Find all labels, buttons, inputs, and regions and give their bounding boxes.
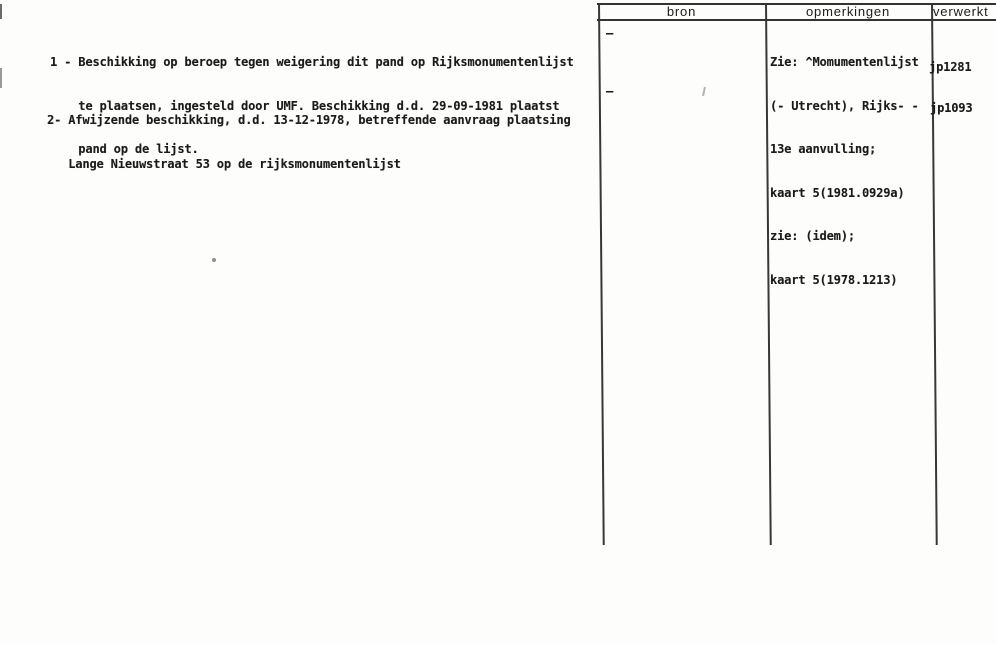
table-border-verwerkt-left bbox=[931, 3, 938, 545]
opmerkingen-line-3: 13e aanvulling; bbox=[770, 142, 919, 157]
entry-1-verwerkt-code: jp1281 bbox=[929, 60, 971, 75]
opmerkingen-line-4: kaart 5(1981.0929a) bbox=[770, 186, 919, 201]
opmerkingen-line-1: Zie: ^Momumentenlijst bbox=[770, 55, 919, 70]
entry-1-line-1: 1 - Beschikking op beroep tegen weigerin… bbox=[50, 55, 574, 70]
entry-2-verwerkt-code: jp1093 bbox=[930, 101, 972, 116]
table-border-bron-left bbox=[598, 3, 605, 545]
entry-2-line-1: 2- Afwijzende beschikking, d.d. 13-12-19… bbox=[47, 113, 571, 128]
entry-2-text: 2- Afwijzende beschikking, d.d. 13-12-19… bbox=[47, 84, 571, 200]
entry-1-bron-value: – bbox=[606, 26, 613, 41]
entry-2-line-2: Lange Nieuwstraat 53 op de rijksmonument… bbox=[47, 157, 571, 172]
entry-2-bron-value: – bbox=[606, 84, 613, 99]
column-header-bron: bron bbox=[598, 5, 765, 19]
scan-edge-mark bbox=[0, 68, 2, 88]
opmerkingen-line-5: zie: (idem); bbox=[770, 229, 919, 244]
table-header-underline bbox=[597, 19, 996, 21]
scan-stray-mark bbox=[702, 87, 706, 96]
scanned-document-page: bron opmerkingen verwerkt 1 - Beschikkin… bbox=[0, 0, 996, 645]
scan-speck bbox=[212, 258, 216, 262]
opmerkingen-text: Zie: ^Momumentenlijst (- Utrecht), Rijks… bbox=[770, 26, 919, 316]
scan-edge-mark bbox=[0, 4, 2, 19]
column-header-opmerkingen: opmerkingen bbox=[765, 5, 931, 19]
column-header-verwerkt: verwerkt bbox=[933, 5, 995, 19]
opmerkingen-line-2: (- Utrecht), Rijks- - bbox=[770, 99, 919, 114]
opmerkingen-line-6: kaart 5(1978.1213) bbox=[770, 273, 919, 288]
